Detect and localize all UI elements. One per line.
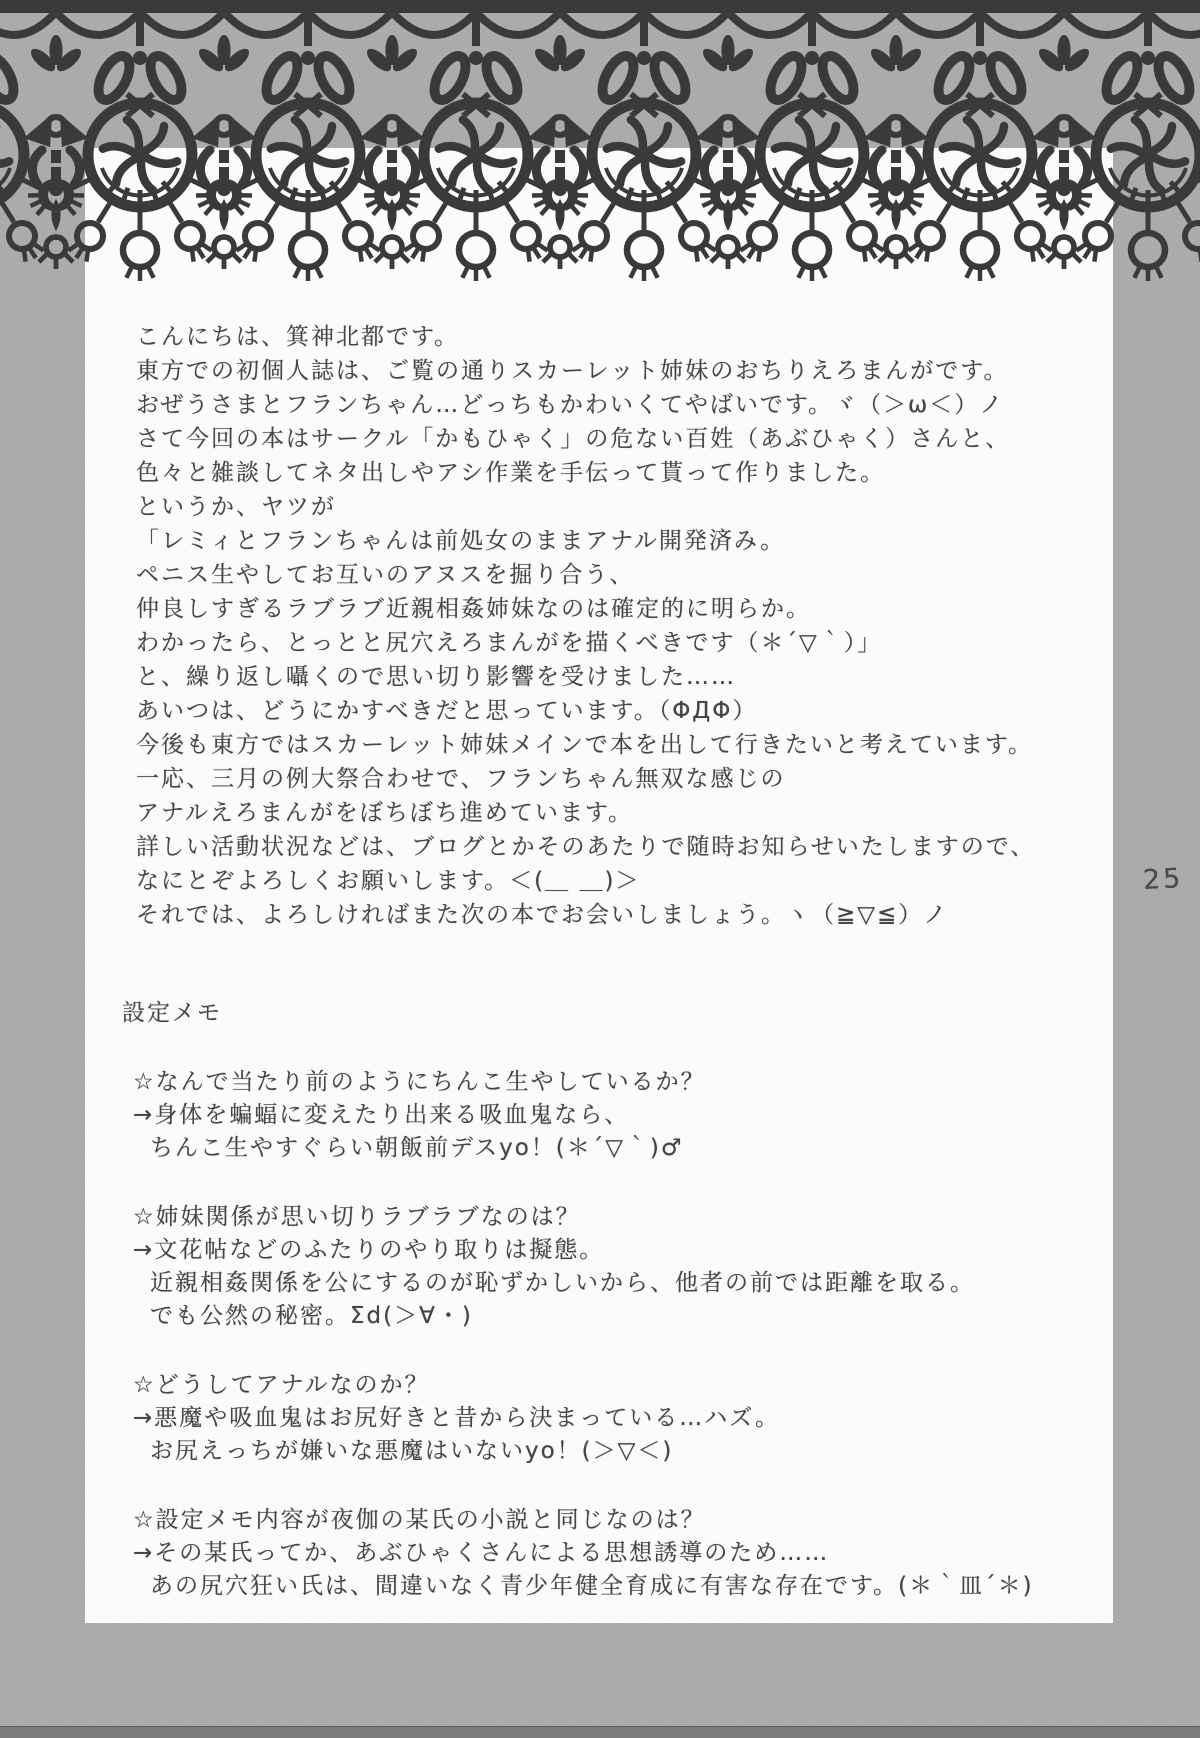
scan-bottom-edge xyxy=(0,1726,1200,1738)
qa-answer-line: →その某氏ってか、あぶひゃくさんによる思想誘導のため…… xyxy=(133,1537,1034,1570)
afterword-line: わかったら、とっとと尻穴えろまんがを描くべきです（＊´▽｀）」 xyxy=(136,626,1035,660)
qa-answer-line: →悪魔や吸血鬼はお尻好きと昔から決まっている…ハズ。 xyxy=(133,1402,1034,1435)
afterword-line: アナルえろまんがをぼちぼち進めています。 xyxy=(136,796,1035,830)
afterword-line: と、繰り返し囁くので思い切り影響を受けました…… xyxy=(136,660,1035,694)
afterword-line: それでは、よろしければまた次の本でお会いしましょう。ヽ（≧▽≦）ノ xyxy=(136,898,1035,932)
page-number: 25 xyxy=(1142,863,1184,896)
afterword-line: 東方での初個人誌は、ご覧の通りスカーレット姉妹のおちりえろまんがです。 xyxy=(136,354,1035,388)
afterword-text: こんにちは、箕神北都です。 東方での初個人誌は、ご覧の通りスカーレット姉妹のおち… xyxy=(136,320,1035,932)
afterword-line: 一応、三月の例大祭合わせで、フランちゃん無双な感じの xyxy=(136,762,1035,796)
afterword-line: ペニス生やしてお互いのアヌスを掘り合う、 xyxy=(136,558,1035,592)
afterword-line: 詳しい活動状況などは、ブログとかそのあたりで随時お知らせいたしますので、 xyxy=(136,830,1035,864)
qa-block: ☆なんで当たり前のようにちんこ生やしているか？ →身体を蝙蝠に変えたり出来る吸血… xyxy=(133,1066,1034,1165)
qa-answer-line: あの尻穴狂い氏は、間違いなく青少年健全育成に有害な存在です。(＊｀皿´＊) xyxy=(133,1570,1034,1603)
qa-block: ☆どうしてアナルなのか？ →悪魔や吸血鬼はお尻好きと昔から決まっている…ハズ。 … xyxy=(133,1369,1034,1468)
qa-block: ☆設定メモ内容が夜伽の某氏の小説と同じなのは？ →その某氏ってか、あぶひゃくさん… xyxy=(133,1504,1034,1603)
afterword-line: 「レミィとフランちゃんは前処女のままアナル開発済み。 xyxy=(136,524,1035,558)
qa-answer-line: でも公然の秘密。Σd(＞∀・) xyxy=(133,1300,1034,1333)
qa-block: ☆姉妹関係が思い切りラブラブなのは？ →文花帖などのふたりのやり取りは擬態。 近… xyxy=(133,1201,1034,1333)
qa-answer-line: →身体を蝙蝠に変えたり出来る吸血鬼なら、 xyxy=(133,1099,1034,1132)
afterword-line: 仲良しすぎるラブラブ近親相姦姉妹なのは確定的に明らか。 xyxy=(136,592,1035,626)
qa-question: ☆設定メモ内容が夜伽の某氏の小説と同じなのは？ xyxy=(133,1504,1034,1537)
afterword-line: おぜうさまとフランちゃん…どっちもかわいくてやばいです。ヾ（＞ω＜）ノ xyxy=(136,388,1035,422)
afterword-line: こんにちは、箕神北都です。 xyxy=(136,320,1035,354)
afterword-line: 色々と雑談してネタ出しやアシ作業を手伝って貰って作りました。 xyxy=(136,456,1035,490)
afterword-line: あいつは、どうにかすべきだと思っています。（ΦДΦ） xyxy=(136,694,1035,728)
scanned-page-background: こんにちは、箕神北都です。 東方での初個人誌は、ご覧の通りスカーレット姉妹のおち… xyxy=(0,0,1200,1738)
qa-answer-line: お尻えっちが嫌いな悪魔はいないyo！(＞▽＜) xyxy=(133,1435,1034,1468)
memo-qa-list: ☆なんで当たり前のようにちんこ生やしているか？ →身体を蝙蝠に変えたり出来る吸血… xyxy=(133,1066,1034,1639)
afterword-line: 今後も東方ではスカーレット姉妹メインで本を出して行きたいと考えています。 xyxy=(136,728,1035,762)
qa-answer-line: ちんこ生やすぐらい朝飯前デスyo！(＊´▽｀)♂ xyxy=(133,1132,1034,1165)
memo-title: 設定メモ xyxy=(122,998,222,1028)
qa-answer-line: →文花帖などのふたりのやり取りは擬態。 xyxy=(133,1234,1034,1267)
afterword-line: なにとぞよろしくお願いします。＜(＿ ＿)＞ xyxy=(136,864,1035,898)
afterword-line: さて今回の本はサークル「かもひゃく」の危ない百姓（あぶひゃく）さんと、 xyxy=(136,422,1035,456)
qa-question: ☆なんで当たり前のようにちんこ生やしているか？ xyxy=(133,1066,1034,1099)
qa-question: ☆どうしてアナルなのか？ xyxy=(133,1369,1034,1402)
qa-question: ☆姉妹関係が思い切りラブラブなのは？ xyxy=(133,1201,1034,1234)
afterword-line: というか、ヤツが xyxy=(136,490,1035,524)
lace-border-icon xyxy=(0,0,1200,292)
qa-answer-line: 近親相姦関係を公にするのが恥ずかしいから、他者の前では距離を取る。 xyxy=(133,1267,1034,1300)
